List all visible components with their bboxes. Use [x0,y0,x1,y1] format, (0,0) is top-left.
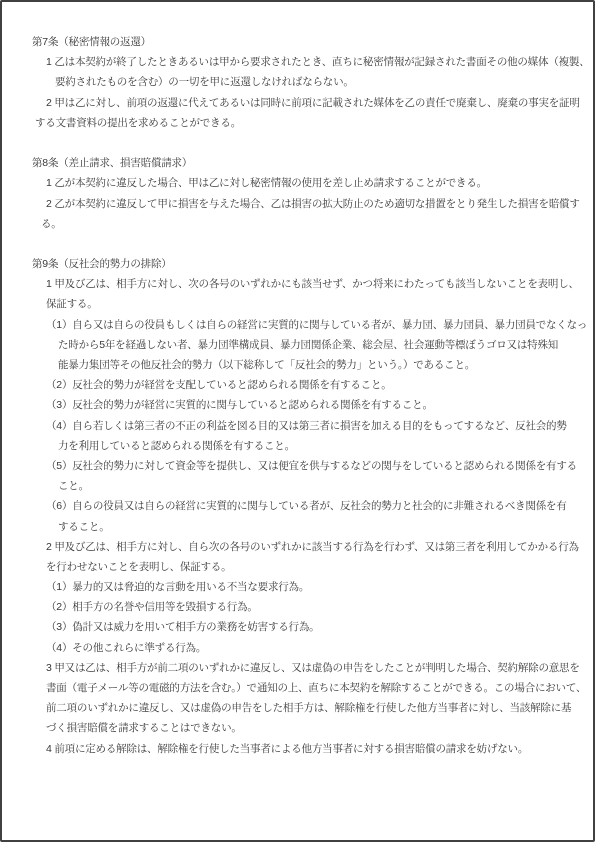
article-line: 能暴力集団等その他反社会的勢力（以下総称して「反社会的勢力」という。）であること… [2,355,593,375]
article-line: 1 甲及び乙は、相手方に対し、次の各号のいずれかにも該当せず、かつ将来にわたって… [2,274,593,294]
article-line: （1）暴力的又は脅迫的な言動を用いる不当な要求行為。 [2,577,593,597]
article-8: 第8条（差止請求、損害賠償請求）1 乙が本契約に違反した場合、甲は乙に対し秘密情… [2,153,593,234]
article-line: 4 前項に定める解除は、解除権を行使した当事者による他方当事者に対する損害賠償の… [2,739,593,759]
article-9: 第9条（反社会的勢力の排除）1 甲及び乙は、相手方に対し、次の各号のいずれかにも… [2,254,593,759]
article-line: を行わせないことを表明し、保証する。 [2,557,593,577]
article-line: （2）相手方の名誉や信用等を毀損する行為。 [2,597,593,617]
contract-page: 第7条（秘密情報の返還）1 乙は本契約が終了したときあるいは甲から要求されたとき… [2,2,593,759]
article-line: 1 乙が本契約に違反した場合、甲は乙に対し秘密情報の使用を差し止め請求することが… [2,173,593,193]
article-line: 2 甲及び乙は、相手方に対し、自ら次の各号のいずれかに該当する行為を行わず、又は… [2,537,593,557]
article-line: （4）自ら若しくは第三者の不正の利益を図る目的又は第三者に損害を加える目的をもっ… [2,416,593,436]
article-line: た時から5年を経過しない者、暴力団準構成員、暴力団関係企業、総会屋、社会運動等標… [2,335,593,355]
article-line: づく損害賠償を請求することはできない。 [2,718,593,738]
article-line: 要約されたものを含む）の一切を甲に返還しなければならない。 [2,72,593,92]
article-line: 3 甲又は乙は、相手方が前二項のいずれかに違反し、又は虚偽の申告をしたことが判明… [2,658,593,678]
article-line: 保証する。 [2,294,593,314]
article-line: （3）偽計又は威力を用いて相手方の業務を妨害する行為。 [2,617,593,637]
article-line: 2 甲は乙に対し、前項の返還に代えてあるいは同時に前項に記載された媒体を乙の責任… [2,93,593,113]
article-7: 第7条（秘密情報の返還）1 乙は本契約が終了したときあるいは甲から要求されたとき… [2,32,593,133]
article-line: すること。 [2,517,593,537]
article-line: 1 乙は本契約が終了したときあるいは甲から要求されたとき、直ちに秘密情報が記録さ… [2,52,593,72]
article-line: （1）自ら又は自らの役員もしくは自らの経営に実質的に関与している者が、暴力団、暴… [2,315,593,335]
article-line: こと。 [2,476,593,496]
article-line: （6）自らの役員又は自らの経営に実質的に関与している者が、反社会的勢力と社会的に… [2,496,593,516]
article-line: 書面（電子メール等の電磁的方法を含む。）で通知の上、直ちに本契約を解除することが… [2,678,593,698]
article-line: （5）反社会的勢力に対して資金等を提供し、又は便宜を供与するなどの関与をしている… [2,456,593,476]
article-line: （3）反社会的勢力が経営に実質的に関与していると認められる関係を有すること。 [2,395,593,415]
article-heading: 第7条（秘密情報の返還） [2,32,593,52]
article-line: 前二項のいずれかに違反し、又は虚偽の申告をした相手方は、解除権を行使した他方当事… [2,698,593,718]
articles-container: 第7条（秘密情報の返還）1 乙は本契約が終了したときあるいは甲から要求されたとき… [2,2,593,759]
article-line: （4）その他これらに準ずる行為。 [2,638,593,658]
article-line: 力を利用していると認められる関係を有すること。 [2,436,593,456]
article-line: する文書資料の提出を求めることができる。 [2,113,593,133]
article-line: （2）反社会的勢力が経営を支配していると認められる関係を有すること。 [2,375,593,395]
article-heading: 第8条（差止請求、損害賠償請求） [2,153,593,173]
article-line: る。 [2,214,593,234]
article-heading: 第9条（反社会的勢力の排除） [2,254,593,274]
article-line: 2 乙が本契約に違反して甲に損害を与えた場合、乙は損害の拡大防止のため適切な措置… [2,194,593,214]
